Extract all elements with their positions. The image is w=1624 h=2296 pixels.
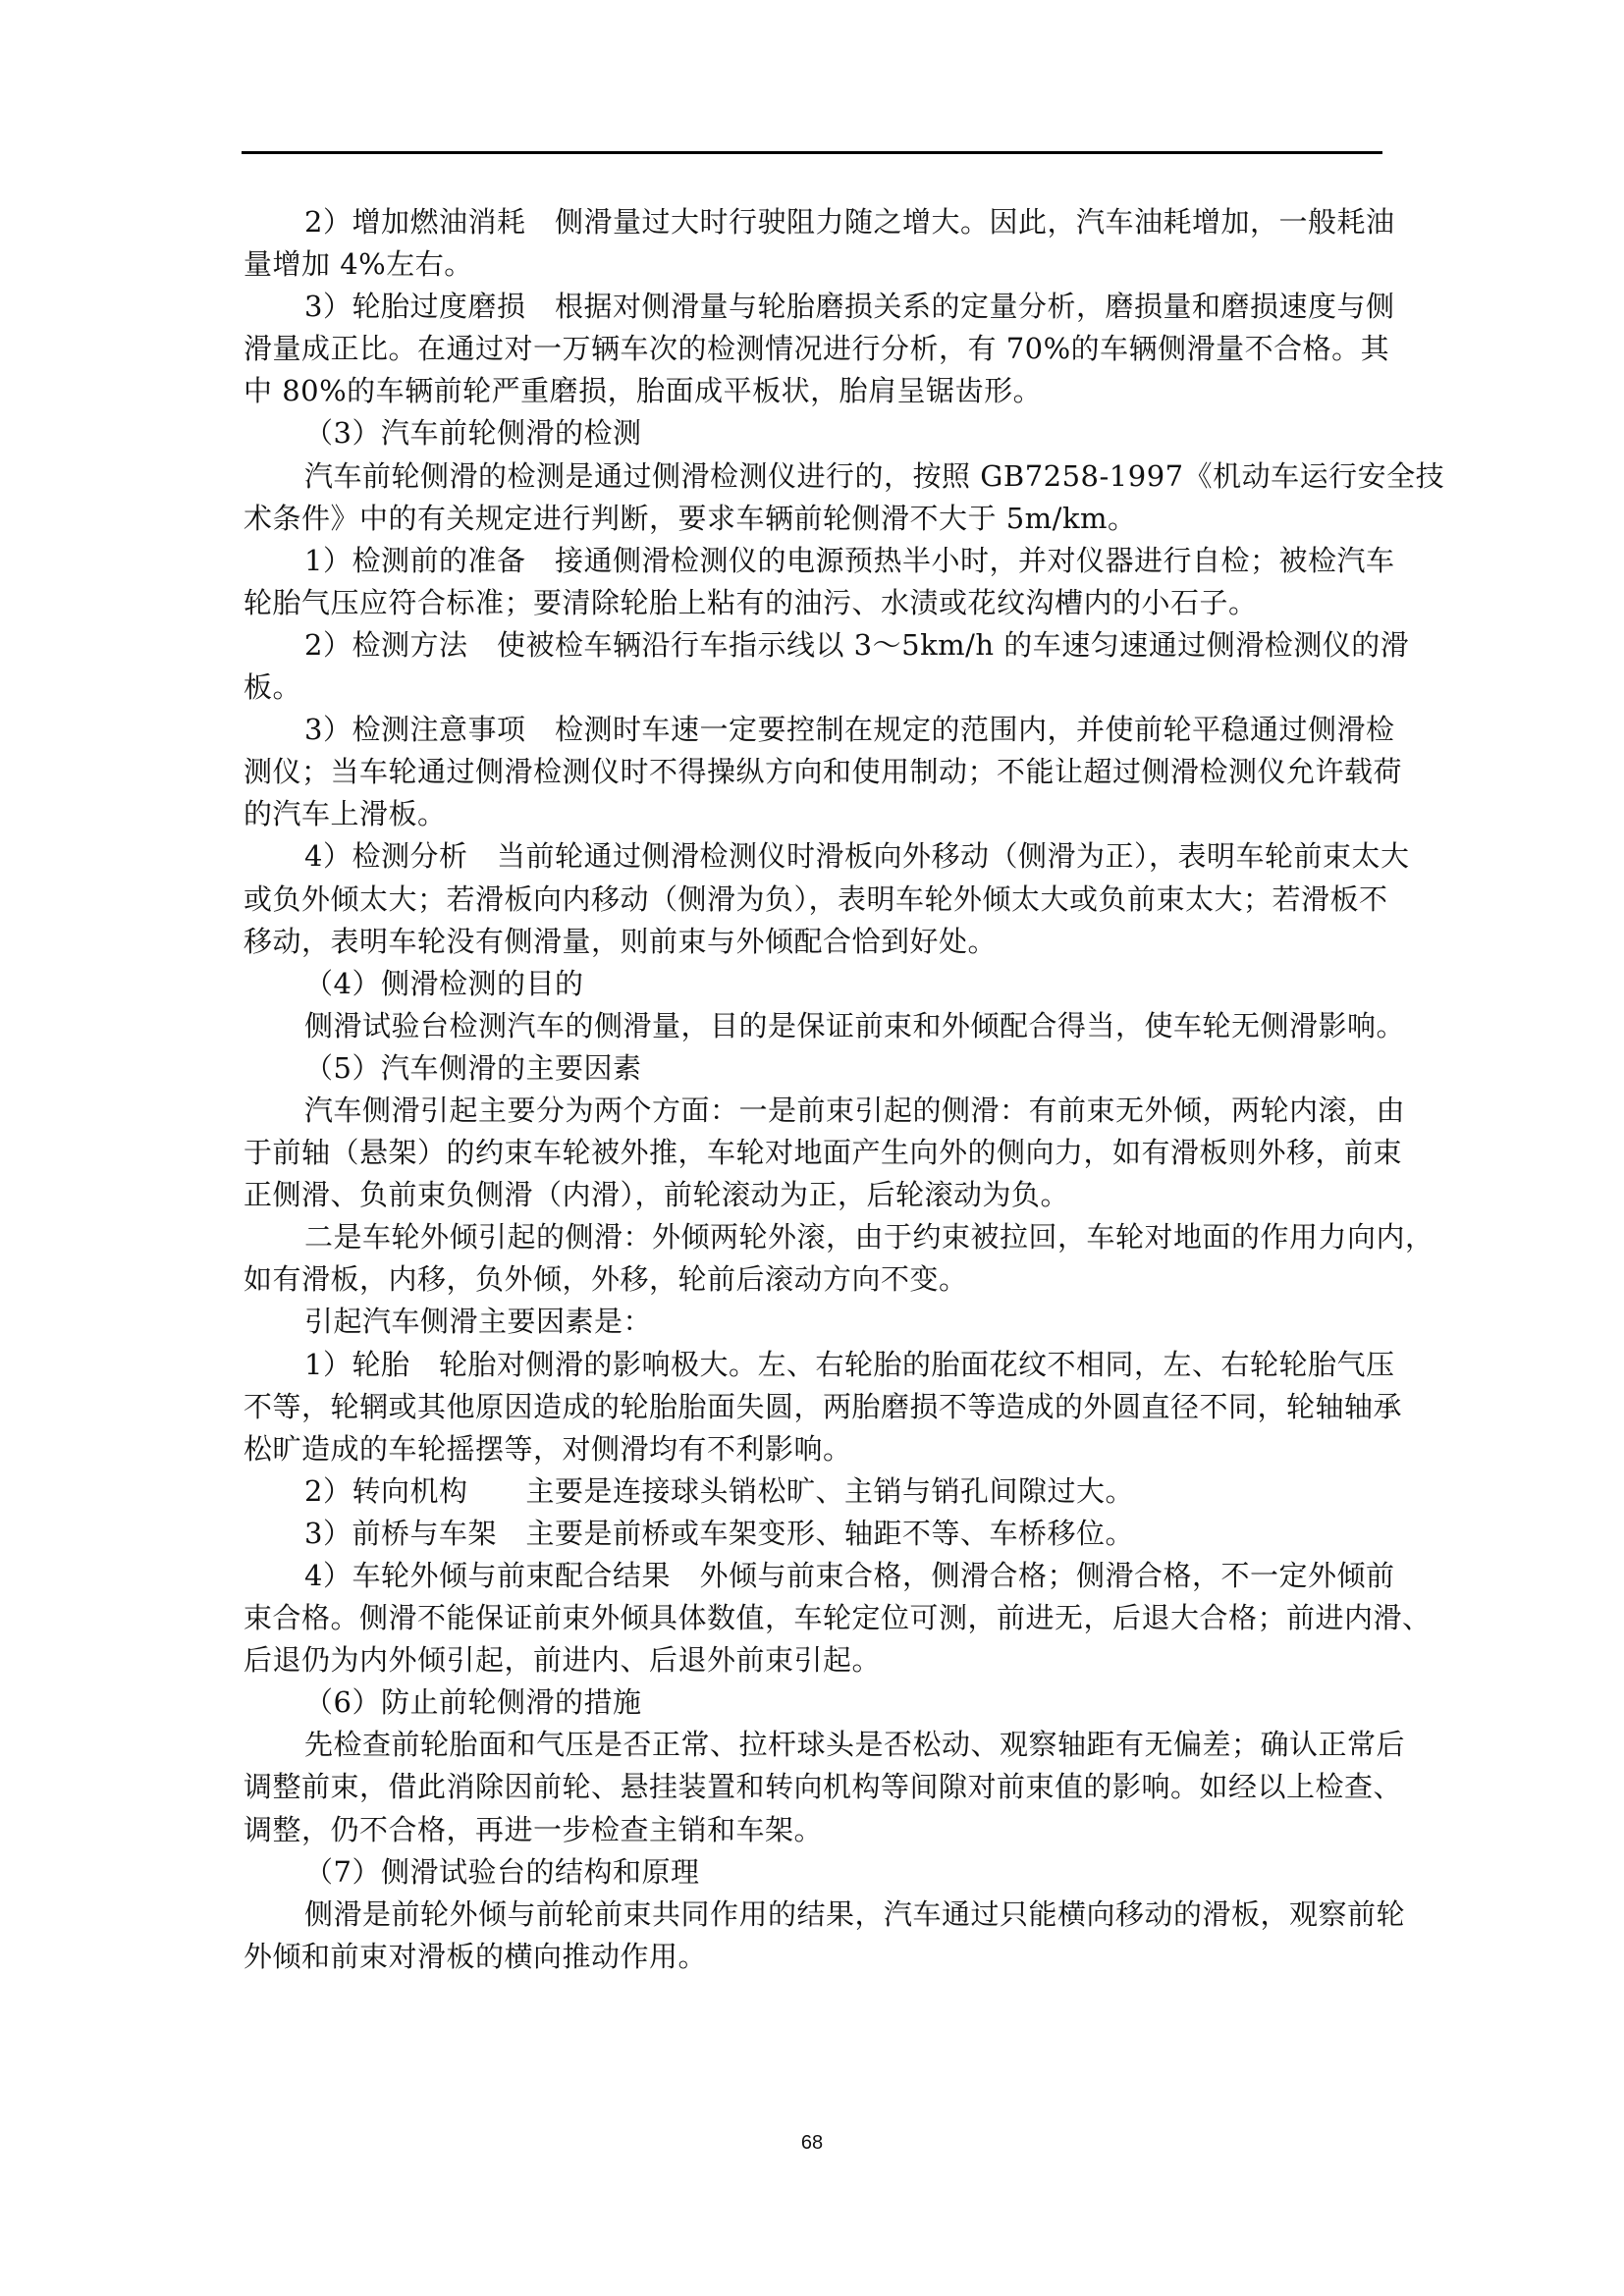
paragraph-line: 2）检测方法 使被检车辆沿行车指示线以 3～5km/h 的车速匀速通过侧滑检测仪…: [244, 624, 1375, 667]
paragraph-line: 板。: [244, 667, 1375, 709]
paragraph-line: 术条件》中的有关规定进行判断，要求车辆前轮侧滑不大于 5m/km。: [244, 498, 1375, 540]
section-heading-line: （3）汽车前轮侧滑的检测: [244, 412, 1375, 454]
paragraph-line: 中 80%的车辆前轮严重磨损，胎面成平板状，胎肩呈锯齿形。: [244, 370, 1375, 412]
page-number: 68: [0, 2132, 1624, 2155]
paragraph-line: 正侧滑、负前束负侧滑（内滑），前轮滚动为正，后轮滚动为负。: [244, 1174, 1375, 1216]
paragraph-line: 后退仍为内外倾引起，前进内、后退外前束引起。: [244, 1639, 1375, 1682]
section-heading-line: 3）前桥与车架 主要是前桥或车架变形、轴距不等、车桥移位。: [244, 1513, 1375, 1555]
paragraph-line: 4）检测分析 当前轮通过侧滑检测仪时滑板向外移动（侧滑为正），表明车轮前束太大: [244, 835, 1375, 878]
paragraph-line: 1）检测前的准备 接通侧滑检测仪的电源预热半小时，并对仪器进行自检；被检汽车: [244, 540, 1375, 582]
paragraph-line: 先检查前轮胎面和气压是否正常、拉杆球头是否松动、观察轴距有无偏差；确认正常后: [244, 1724, 1375, 1766]
paragraph-line: 外倾和前束对滑板的横向推动作用。: [244, 1936, 1375, 1978]
paragraph-line: 轮胎气压应符合标准；要清除轮胎上粘有的油污、水渍或花纹沟槽内的小石子。: [244, 582, 1375, 624]
body-text: 2）增加燃油消耗 侧滑量过大时行驶阻力随之增大。因此，汽车油耗增加，一般耗油量增…: [244, 201, 1375, 1978]
paragraph-line: 的汽车上滑板。: [244, 793, 1375, 835]
header-rule: [242, 151, 1382, 154]
paragraph-line: 测仪；当车轮通过侧滑检测仪时不得操纵方向和使用制动；不能让超过侧滑检测仪允许载荷: [244, 751, 1375, 793]
paragraph-line: 侧滑是前轮外倾与前轮前束共同作用的结果，汽车通过只能横向移动的滑板，观察前轮: [244, 1894, 1375, 1936]
paragraph-line: 侧滑试验台检测汽车的侧滑量，目的是保证前束和外倾配合得当，使车轮无侧滑影响。: [244, 1005, 1375, 1047]
section-heading-line: （6）防止前轮侧滑的措施: [244, 1682, 1375, 1724]
paragraph-line: 调整，仍不合格，再进一步检查主销和车架。: [244, 1809, 1375, 1851]
section-heading-line: 引起汽车侧滑主要因素是：: [244, 1301, 1375, 1343]
paragraph-line: 汽车前轮侧滑的检测是通过侧滑检测仪进行的，按照 GB7258-1997《机动车运…: [244, 455, 1375, 498]
paragraph-line: 滑量成正比。在通过对一万辆车次的检测情况进行分析，有 70%的车辆侧滑量不合格。…: [244, 328, 1375, 370]
paragraph-line: 汽车侧滑引起主要分为两个方面：一是前束引起的侧滑：有前束无外倾，两轮内滚，由: [244, 1090, 1375, 1132]
paragraph-line: 束合格。侧滑不能保证前束外倾具体数值，车轮定位可测，前进无，后退大合格；前进内滑…: [244, 1597, 1375, 1639]
section-heading-line: （7）侧滑试验台的结构和原理: [244, 1851, 1375, 1894]
paragraph-line: 1）轮胎 轮胎对侧滑的影响极大。左、右轮胎的胎面花纹不相同，左、右轮轮胎气压: [244, 1344, 1375, 1386]
paragraph-line: 量增加 4%左右。: [244, 243, 1375, 286]
section-heading-line: （4）侧滑检测的目的: [244, 963, 1375, 1005]
section-heading-line: 2）转向机构 主要是连接球头销松旷、主销与销孔间隙过大。: [244, 1470, 1375, 1513]
paragraph-line: 移动，表明车轮没有侧滑量，则前束与外倾配合恰到好处。: [244, 921, 1375, 963]
paragraph-line: 如有滑板，内移，负外倾，外移，轮前后滚动方向不变。: [244, 1258, 1375, 1301]
paragraph-line: 4）车轮外倾与前束配合结果 外倾与前束合格，侧滑合格；侧滑合格，不一定外倾前: [244, 1555, 1375, 1597]
paragraph-line: 于前轴（悬架）的约束车轮被外推，车轮对地面产生向外的侧向力，如有滑板则外移，前束: [244, 1132, 1375, 1174]
paragraph-line: 3）检测注意事项 检测时车速一定要控制在规定的范围内，并使前轮平稳通过侧滑检: [244, 709, 1375, 751]
paragraph-line: 二是车轮外倾引起的侧滑：外倾两轮外滚，由于约束被拉回，车轮对地面的作用力向内，: [244, 1216, 1375, 1258]
paragraph-line: 2）增加燃油消耗 侧滑量过大时行驶阻力随之增大。因此，汽车油耗增加，一般耗油: [244, 201, 1375, 243]
paragraph-line: 不等，轮辋或其他原因造成的轮胎胎面失圆，两胎磨损不等造成的外圆直径不同，轮轴轴承: [244, 1386, 1375, 1428]
section-heading-line: （5）汽车侧滑的主要因素: [244, 1047, 1375, 1090]
paragraph-line: 调整前束，借此消除因前轮、悬挂装置和转向机构等间隙对前束值的影响。如经以上检查、: [244, 1766, 1375, 1808]
paragraph-line: 或负外倾太大；若滑板向内移动（侧滑为负），表明车轮外倾太大或负前束太大；若滑板不: [244, 879, 1375, 921]
paragraph-line: 3）轮胎过度磨损 根据对侧滑量与轮胎磨损关系的定量分析，磨损量和磨损速度与侧: [244, 286, 1375, 328]
paragraph-line: 松旷造成的车轮摇摆等，对侧滑均有不利影响。: [244, 1428, 1375, 1470]
